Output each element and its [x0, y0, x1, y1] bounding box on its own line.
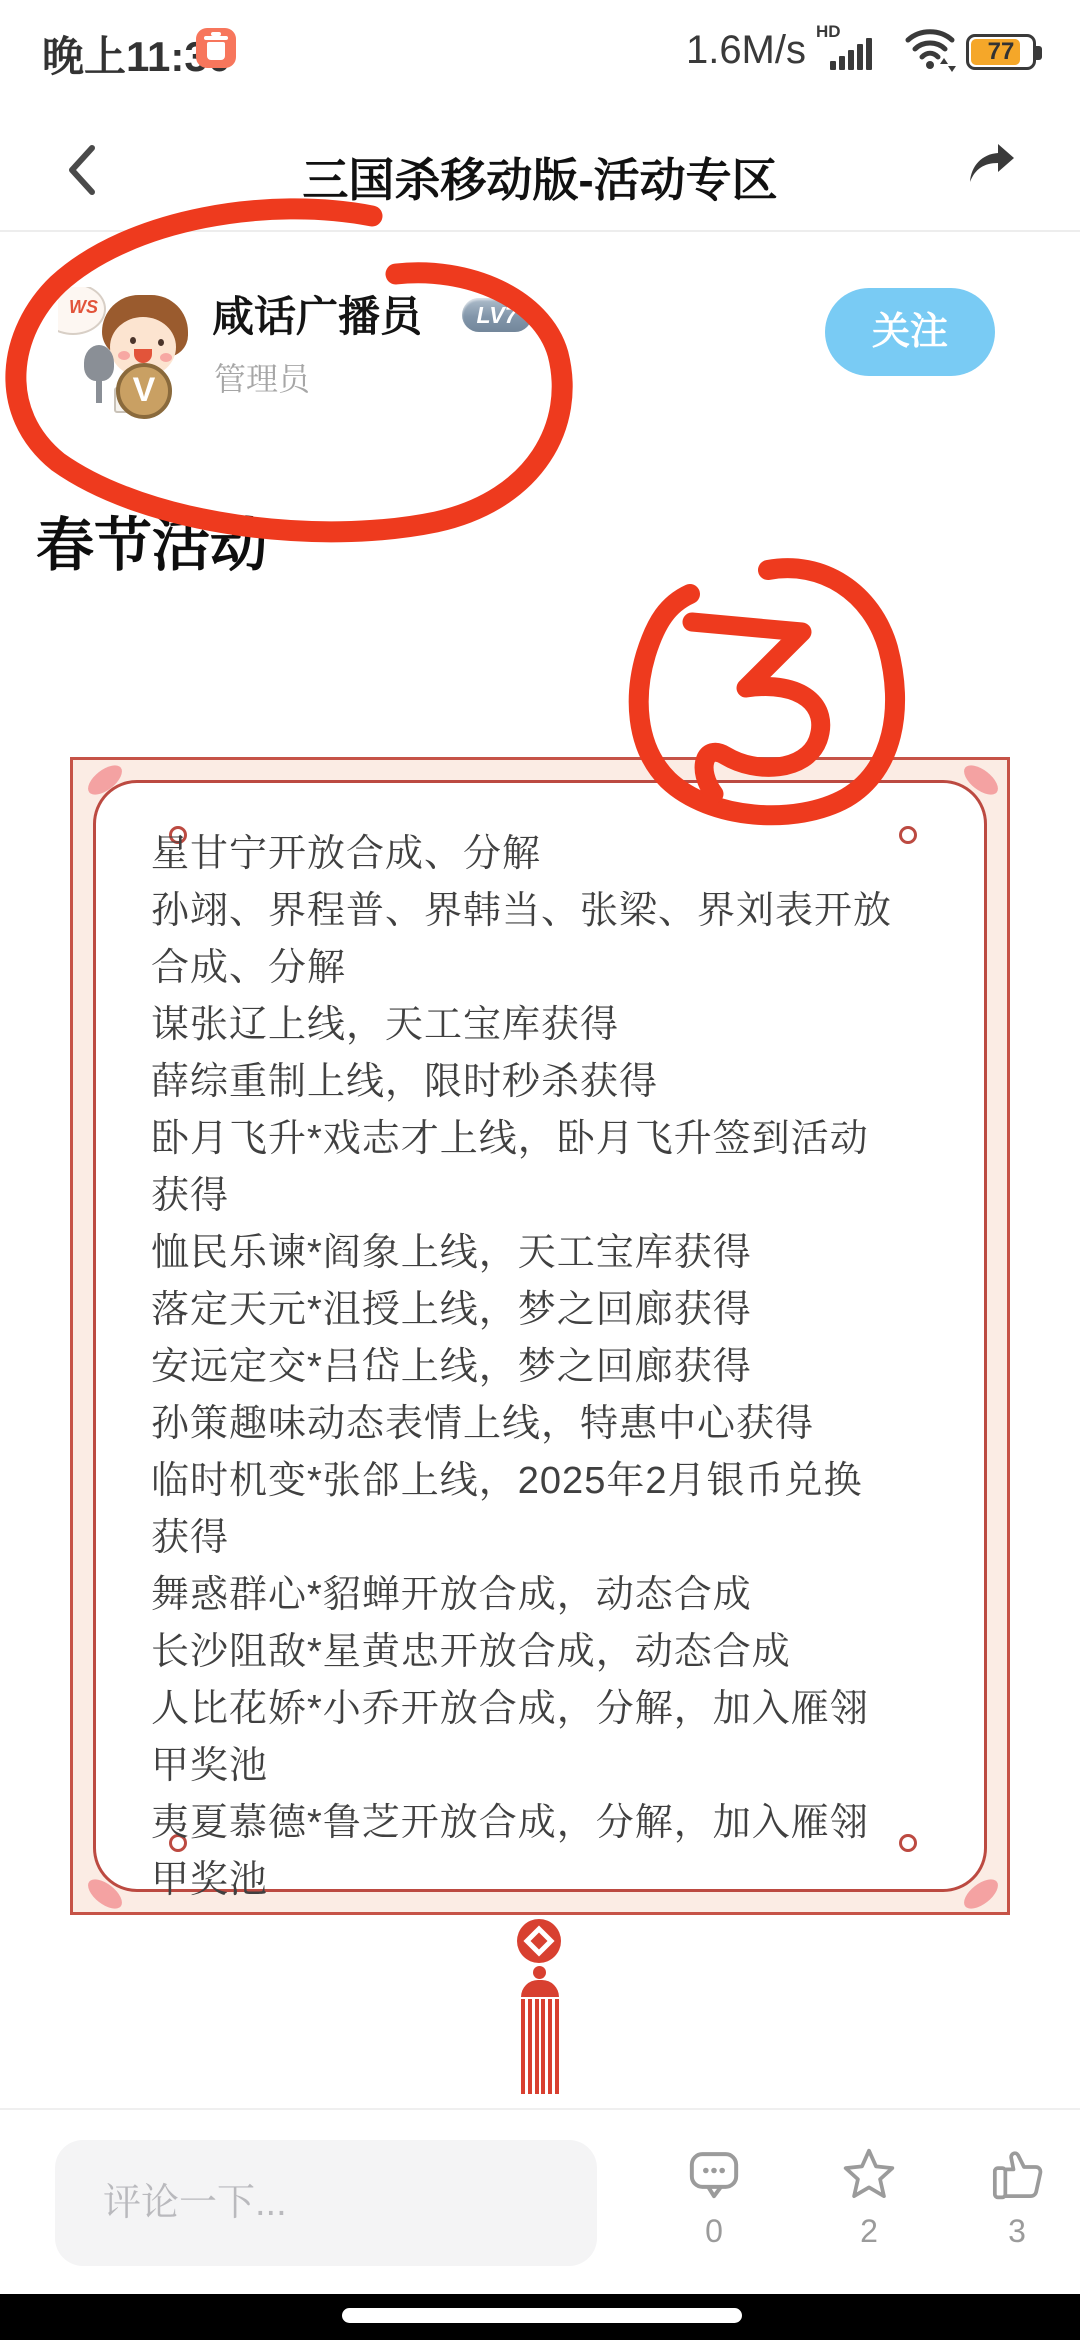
tassel-cap-icon — [521, 1980, 559, 1997]
trash-notification-icon — [196, 28, 236, 68]
author-role: 管理员 — [214, 354, 310, 400]
nav-bar: 三国杀移动版-活动专区 — [0, 110, 1080, 230]
content-line: 安远定交*吕岱上线，梦之回廊获得 — [151, 1339, 893, 1396]
content-line: 薛综重制上线，限时秒杀获得 — [151, 1054, 893, 1111]
comment-icon — [686, 2146, 742, 2202]
battery-percent: 77 — [969, 38, 1033, 66]
thumbs-up-icon — [989, 2146, 1045, 2202]
share-icon[interactable] — [964, 138, 1020, 194]
content-line: 长沙阻敌*星黄忠开放合成，动态合成 — [151, 1624, 893, 1681]
author-name[interactable]: 咸话广播员 — [212, 284, 422, 344]
avatar[interactable]: WS V — [58, 287, 192, 421]
home-indicator[interactable] — [342, 2308, 742, 2323]
content-line: 落定天元*沮授上线，梦之回廊获得 — [151, 1282, 893, 1339]
like-count: 3 — [972, 2213, 1062, 2250]
content-line: 夷夏慕德*鲁芝开放合成，分解，加入雁翎甲奖池 — [151, 1795, 893, 1909]
event-card: 星甘宁开放合成、分解孙翊、界程普、界韩当、张梁、界刘表开放合成、分解谋张辽上线，… — [70, 757, 1010, 1915]
tassel-knot-icon — [517, 1919, 561, 1963]
divider — [0, 2108, 1080, 2110]
favorite-button[interactable]: 2 — [824, 2146, 914, 2250]
app-screen: 晚上11:30 1.6M/s HD 77 — [0, 0, 1080, 2340]
comment-input[interactable] — [55, 2140, 597, 2266]
post-title: 春节活动 — [36, 498, 268, 582]
status-indicators: 1.6M/s HD 77 — [686, 24, 1036, 72]
news-bubble: WS — [58, 287, 106, 335]
corner-knot — [899, 826, 917, 844]
microphone-icon — [84, 345, 114, 381]
status-bar: 晚上11:30 1.6M/s HD 77 — [0, 0, 1080, 110]
network-speed: 1.6M/s — [686, 28, 806, 72]
star-icon — [841, 2146, 897, 2202]
follow-button[interactable]: 关注 — [825, 288, 995, 376]
comment-button[interactable]: 0 — [669, 2146, 759, 2250]
content-line: 孙翊、界程普、界韩当、张梁、界刘表开放合成、分解 — [151, 883, 893, 997]
event-card-content: 星甘宁开放合成、分解孙翊、界程普、界韩当、张梁、界刘表开放合成、分解谋张辽上线，… — [151, 826, 893, 1909]
favorite-count: 2 — [824, 2213, 914, 2250]
content-line: 谋张辽上线，天工宝库获得 — [151, 997, 893, 1054]
content-line: 舞惑群心*貂蝉开放合成，动态合成 — [151, 1567, 893, 1624]
comment-count: 0 — [669, 2213, 759, 2250]
level-badge: LV7 — [462, 298, 532, 332]
tassel-bead-icon — [533, 1966, 546, 1979]
wifi-icon — [904, 24, 956, 72]
content-line: 卧月飞升*戏志才上线，卧月飞升签到活动获得 — [151, 1111, 893, 1225]
corner-knot — [899, 1834, 917, 1852]
content-line: 星甘宁开放合成、分解 — [151, 826, 893, 883]
page-title: 三国杀移动版-活动专区 — [0, 144, 1080, 210]
content-line: 临时机变*张郃上线，2025年2月银币兑换获得 — [151, 1453, 893, 1567]
content-line: 恤民乐谏*阎象上线，天工宝库获得 — [151, 1225, 893, 1282]
cellular-signal-icon: HD — [816, 24, 894, 72]
tassel-strands-icon — [521, 1999, 559, 2094]
content-line: 孙策趣味动态表情上线，特惠中心获得 — [151, 1396, 893, 1453]
v-badge-icon: V — [116, 363, 172, 419]
battery-icon: 77 — [966, 34, 1036, 70]
gesture-bar — [0, 2294, 1080, 2340]
like-button[interactable]: 3 — [972, 2146, 1062, 2250]
content-line: 人比花娇*小乔开放合成，分解，加入雁翎甲奖池 — [151, 1681, 893, 1795]
